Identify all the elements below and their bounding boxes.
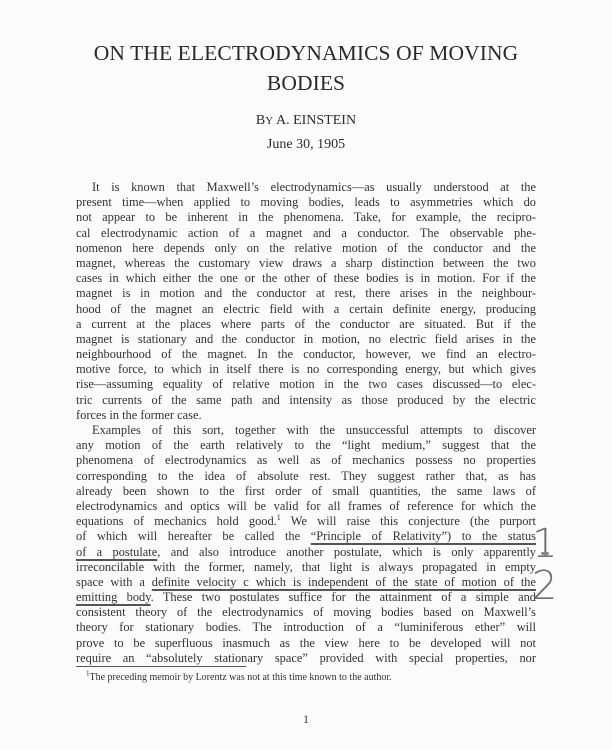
footnote-text: The preceding memoir by Lorentz was not … xyxy=(90,672,392,683)
body-line: electrodynamics and optics will be valid… xyxy=(76,499,536,514)
body-line: corresponding to the idea of absolute re… xyxy=(76,469,536,484)
underlined-principle-of-relativity: “Principle of Relativity”) to the status xyxy=(311,529,536,543)
paper-title-line-1: ON THE ELECTRODYNAMICS OF MOVING xyxy=(0,38,612,68)
body-line: of which will hereafter be called the “P… xyxy=(76,529,536,544)
author-prefix-b: B xyxy=(256,113,265,128)
body-line: neighbourhood of the magnet. In the cond… xyxy=(76,347,536,362)
page-number: 1 xyxy=(0,712,612,727)
body-line: tric currents of the same path and inten… xyxy=(76,393,536,408)
body-line: prove to be superfluous inasmuch as the … xyxy=(76,636,536,651)
body-line: irreconcilable with the former, namely, … xyxy=(76,560,536,575)
margin-mark xyxy=(541,552,549,555)
margin-annotation-1: 1 xyxy=(532,524,557,564)
author-prefix-y: Y xyxy=(265,115,273,127)
body-line: phenomena of electrodynamics as well as … xyxy=(76,453,536,468)
body-text-span: of which will hereafter be called the xyxy=(76,529,311,543)
body-line: It is known that Maxwell’s electrodynami… xyxy=(76,180,536,195)
body-text-span: We will raise this conjecture (the purpo… xyxy=(281,514,536,528)
body-text-span: . These two postulates suffice for the a… xyxy=(151,590,536,604)
paper-date: June 30, 1905 xyxy=(0,137,612,153)
body-line: magnet is in motion and the conductor at… xyxy=(76,286,536,301)
body-line: nomenon here depends only on the relativ… xyxy=(76,241,536,256)
author-name: A. EINSTEIN xyxy=(276,113,356,128)
body-line: equations of mechanics hold good.1 We wi… xyxy=(76,514,536,529)
body-line: already been shown to the first order of… xyxy=(76,484,536,499)
body-line: motive force, to which in itself there i… xyxy=(76,362,536,377)
paper-title-line-2: BODIES xyxy=(0,68,612,98)
underlined-emitting-body: emitting body xyxy=(76,590,151,604)
body-line: hood of the magnet an electric field wit… xyxy=(76,302,536,317)
body-line: emitting body. These two postulates suff… xyxy=(76,590,536,605)
body-line: rise—assuming equality of relative motio… xyxy=(76,377,536,392)
body-text-span: space with a xyxy=(76,575,152,589)
body-line: a current at the places where parts of t… xyxy=(76,317,536,332)
footnote: 1The preceding memoir by Lorentz was not… xyxy=(86,672,392,683)
body-line: consistent theory of the electrodynamics… xyxy=(76,605,536,620)
body-line: magnet is stationary and the conductor i… xyxy=(76,332,536,347)
body-line: cases in which either the one or the oth… xyxy=(76,271,536,286)
body-line: magnet, whereas the customary view draws… xyxy=(76,256,536,271)
body-line: forces in the former case. xyxy=(76,408,536,423)
body-line: any motion of the earth relatively to th… xyxy=(76,438,536,453)
body-line: present time—when applied to moving bodi… xyxy=(76,195,536,210)
body-line: Examples of this sort, together with the… xyxy=(76,423,536,438)
body-line: not appear to be inherent in the phenome… xyxy=(76,210,536,225)
body-text: It is known that Maxwell’s electrodynami… xyxy=(76,180,536,666)
body-text-span: equations of mechanics hold good. xyxy=(76,514,277,528)
body-line: space with a definite velocity c which i… xyxy=(76,575,536,590)
underlined-of-a-postulate: of a postulate xyxy=(76,545,157,559)
author-byline: BY A. EINSTEIN xyxy=(0,113,612,129)
body-line: require an “absolutely stationary space”… xyxy=(76,651,536,666)
underlined-definite-velocity: definite velocity c which is independent… xyxy=(152,575,536,589)
margin-annotation-2: 2 xyxy=(532,566,557,606)
paper-page: ON THE ELECTRODYNAMICS OF MOVING BODIES … xyxy=(0,0,612,750)
body-line: theory for stationary bodies. The introd… xyxy=(76,620,536,635)
body-line: cal electrodynamic action of a magnet an… xyxy=(76,226,536,241)
body-line: of a postulate, and also introduce anoth… xyxy=(76,545,536,560)
body-text-span: , and also introduce another postulate, … xyxy=(157,545,536,559)
footnote-rule xyxy=(76,666,246,667)
